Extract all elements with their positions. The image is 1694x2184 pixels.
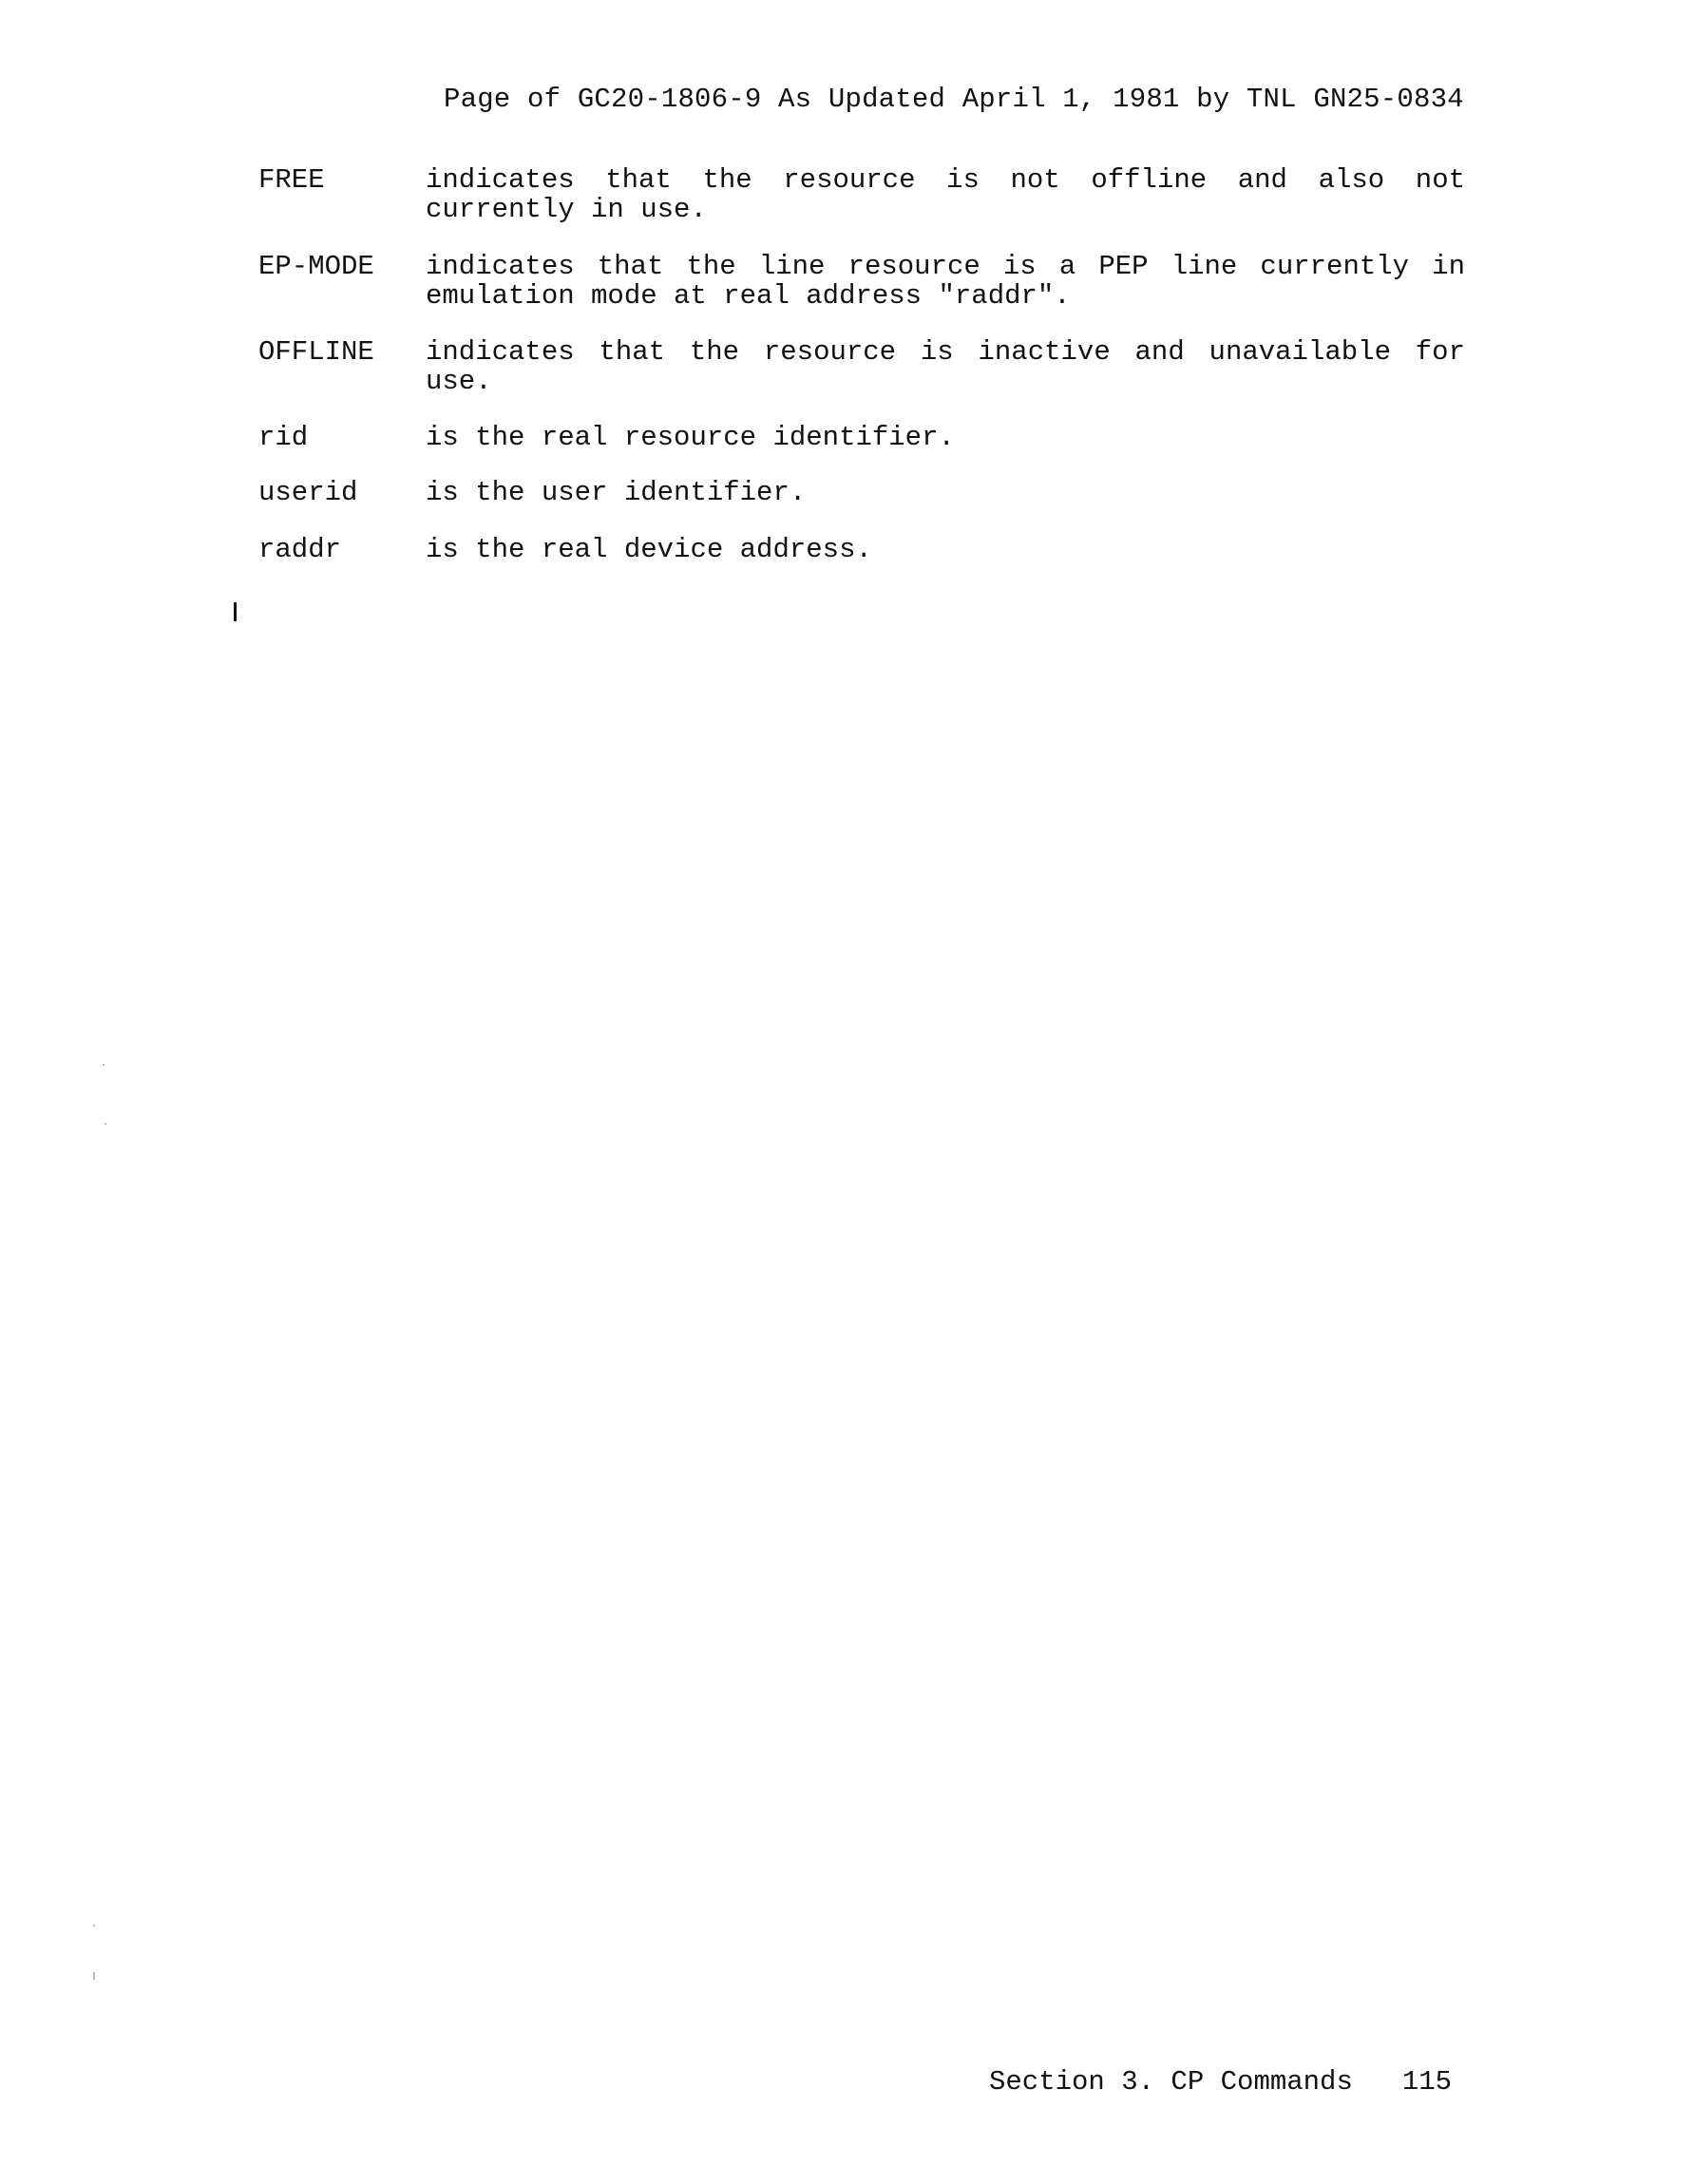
description-free: indicates that the resource is not offli… [426,165,1465,224]
definition-userid: userid is the user identifier. [258,478,1465,507]
scan-speck [105,1123,106,1125]
definition-raddr: raddr is the real device address. [258,535,1465,564]
revision-change-bar [234,602,237,621]
definition-rid: rid is the real resource identifier. [258,423,1465,452]
scan-speck [103,1064,105,1066]
term-raddr: raddr [258,535,426,564]
term-userid: userid [258,478,426,507]
page-footer: Section 3. CP Commands115 [989,2066,1452,2098]
scan-speck [93,1972,95,1980]
description-userid: is the user identifier. [426,478,1465,507]
description-raddr: is the real device address. [426,535,1465,564]
term-ep-mode: EP-MODE [258,252,426,311]
page-header: Page of GC20-1806-9 As Updated April 1, … [444,84,1464,115]
footer-page-number: 115 [1402,2066,1452,2098]
term-free: FREE [258,165,426,224]
description-rid: is the real resource identifier. [426,423,1465,452]
description-ep-mode: indicates that the line resource is a PE… [426,252,1465,311]
scan-speck [93,1925,95,1927]
term-rid: rid [258,423,426,452]
definition-ep-mode: EP-MODE indicates that the line resource… [258,252,1465,311]
description-offline: indicates that the resource is inactive … [426,337,1465,396]
definition-free: FREE indicates that the resource is not … [258,165,1465,224]
definition-offline: OFFLINE indicates that the resource is i… [258,337,1465,396]
term-offline: OFFLINE [258,337,426,396]
footer-section-title: Section 3. CP Commands [989,2066,1353,2098]
